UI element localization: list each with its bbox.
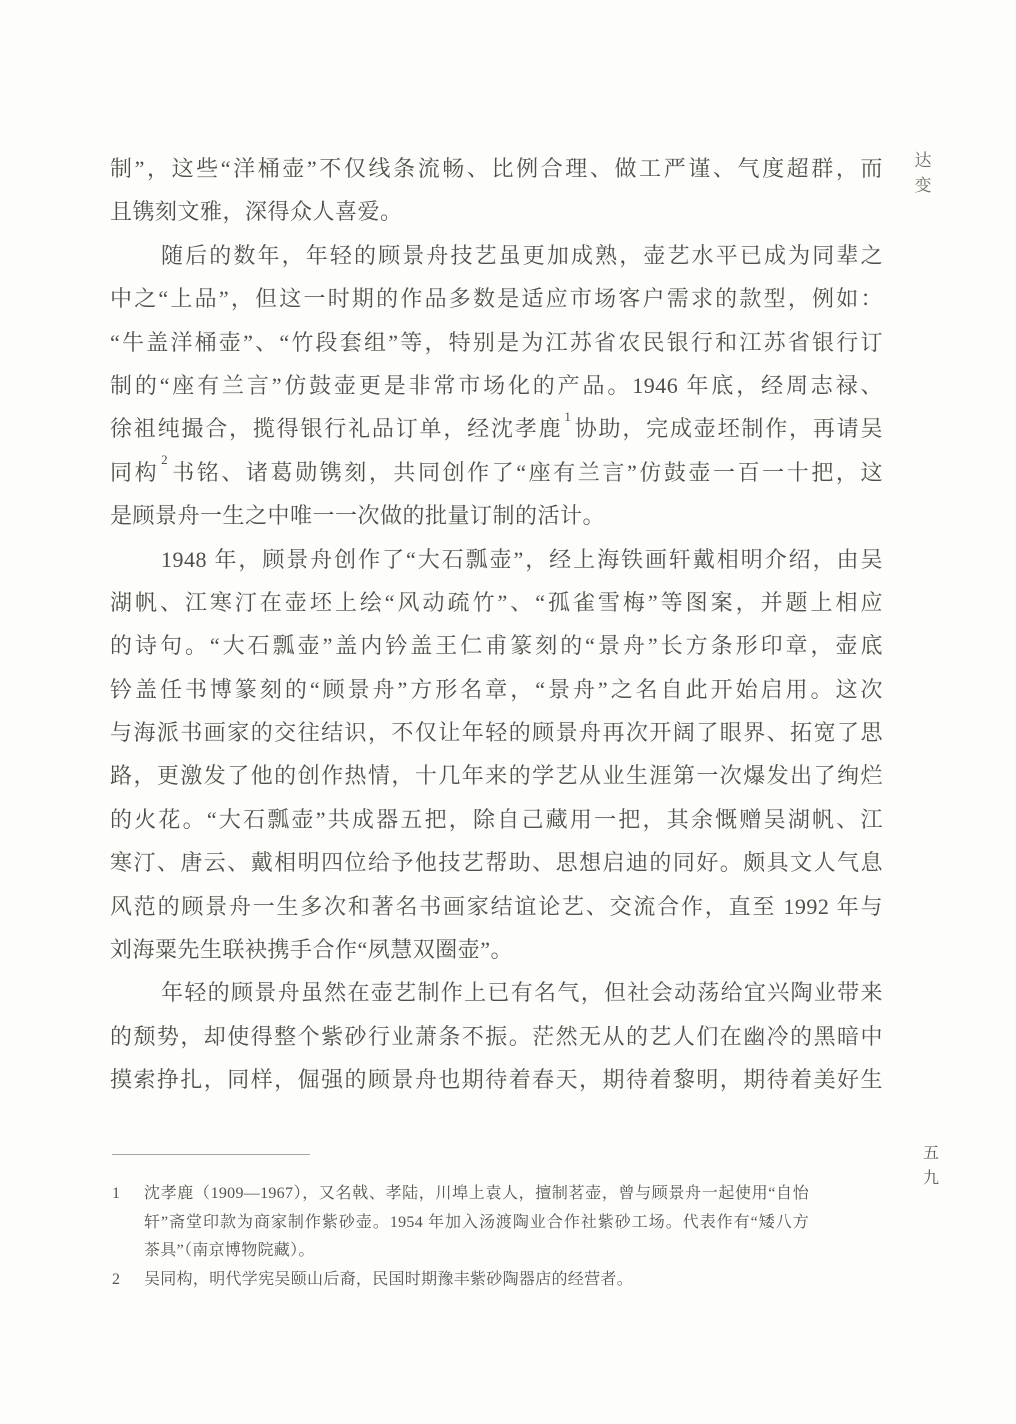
body-line: 风范的顾景舟一生多次和著名书画家结谊论艺、交流合作，直至 1992 年与 [110,885,883,928]
body-line: 的火花。“大石瓢壶”共成器五把，除自己藏用一把，其余慨赠吴湖帆、江 [110,798,883,841]
footnote-number: 1 [112,1180,144,1209]
body-line: 随后的数年，年轻的顾景舟技艺虽更加成熟，壶艺水平已成为同辈之 [110,234,883,277]
footnote: 1沈孝鹿（1909—1967），又名戟、孝陆，川埠上袁人，擅制茗壶，曾与顾景舟一… [112,1180,809,1266]
footnote-body: 沈孝鹿（1909—1967），又名戟、孝陆，川埠上袁人，擅制茗壶，曾与顾景舟一起… [144,1180,809,1266]
body-line: 中之“上品”，但这一时期的作品多数是适应市场客户需求的款型，例如： [110,277,883,320]
page-number: 五九 [921,1146,941,1187]
body-line: 寒汀、唐云、戴相明四位给予他技艺帮助、思想启迪的同好。颇具文人气息 [110,841,883,884]
body-line: 是顾景舟一生之中唯一一次做的批量订制的活计。 [110,494,883,537]
page-number-char: 五 [921,1146,941,1162]
footnote-line: 茶具”（南京博物院藏）。 [144,1237,809,1266]
body-line: 摸索挣扎，同样，倔强的顾景舟也期待着春天，期待着黎明，期待着美好生 [110,1058,883,1101]
body-line: 的颓势，却使得整个紫砂行业萧条不振。茫然无从的艺人们在幽冷的黑暗中 [110,1015,883,1058]
footnote-line: 吴同构，明代学宪吴颐山后裔，民国时期豫丰紫砂陶器店的经营者。 [144,1266,809,1295]
footnote-reference: 1 [562,409,573,424]
footnote-reference: 2 [159,452,170,467]
footnotes: 1沈孝鹿（1909—1967），又名戟、孝陆，川埠上袁人，擅制茗壶，曾与顾景舟一… [112,1180,809,1294]
page-number-char: 九 [921,1171,941,1187]
body-line: 且镌刻文雅，深得众人喜爱。 [110,190,883,233]
body-line: 与海派书画家的交往结识，不仅让年轻的顾景舟再次开阔了眼界、拓宽了思 [110,711,883,754]
footnote-number: 2 [112,1266,144,1295]
body-line: “牛盖洋桶壶”、“竹段套组”等，特别是为江苏省农民银行和江苏省银行订 [110,321,883,364]
body-line: 年轻的顾景舟虽然在壶艺制作上已有名气，但社会动荡给宜兴陶业带来 [110,971,883,1014]
footnote-body: 吴同构，明代学宪吴颐山后裔，民国时期豫丰紫砂陶器店的经营者。 [144,1266,809,1295]
footnote-line: 轩”斋堂印款为商家制作紫砂壶。1954 年加入汤渡陶业合作社紫砂工场。代表作有“… [144,1209,809,1238]
body-line: 路，更激发了他的创作热情，十几年来的学艺从业生涯第一次爆发出了绚烂 [110,754,883,797]
body-line: 1948 年，顾景舟创作了“大石瓢壶”，经上海铁画轩戴相明介绍，由吴 [110,538,883,581]
body-line: 的诗句。“大石瓢壶”盖内钤盖王仁甫篆刻的“景舟”长方条形印章，壶底 [110,624,883,667]
body-text: 制”，这些“洋桶壶”不仅线条流畅、比例合理、做工严谨、气度超群，而且镌刻文雅，深… [110,147,883,1102]
body-line: 同构2书铭、诸葛勋镌刻，共同创作了“座有兰言”仿鼓壶一百一十把，这 [110,451,883,494]
margin-label-char: 变 [913,177,933,194]
footnote: 2吴同构，明代学宪吴颐山后裔，民国时期豫丰紫砂陶器店的经营者。 [112,1266,809,1295]
margin-label-char: 达 [913,152,933,169]
book-page: 达变 制”，这些“洋桶壶”不仅线条流畅、比例合理、做工严谨、气度超群，而且镌刻文… [0,0,1016,1424]
footnote-line: 沈孝鹿（1909—1967），又名戟、孝陆，川埠上袁人，擅制茗壶，曾与顾景舟一起… [144,1180,809,1209]
body-line: 钤盖任书博篆刻的“顾景舟”方形名章，“景舟”之名自此开始启用。这次 [110,668,883,711]
footnote-separator-rule [112,1154,310,1155]
body-line: 徐祖纯撮合，揽得银行礼品订单，经沈孝鹿1协助，完成壶坯制作，再请吴 [110,407,883,450]
body-line: 刘海粟先生联袂携手合作“夙慧双圈壶”。 [110,928,883,971]
body-line: 制”，这些“洋桶壶”不仅线条流畅、比例合理、做工严谨、气度超群，而 [110,147,883,190]
body-line: 制的“座有兰言”仿鼓壶更是非常市场化的产品。1946 年底，经周志禄、 [110,364,883,407]
margin-chapter-label: 达变 [913,152,933,194]
body-line: 湖帆、江寒汀在壶坯上绘“风动疏竹”、“孤雀雪梅”等图案，并题上相应 [110,581,883,624]
